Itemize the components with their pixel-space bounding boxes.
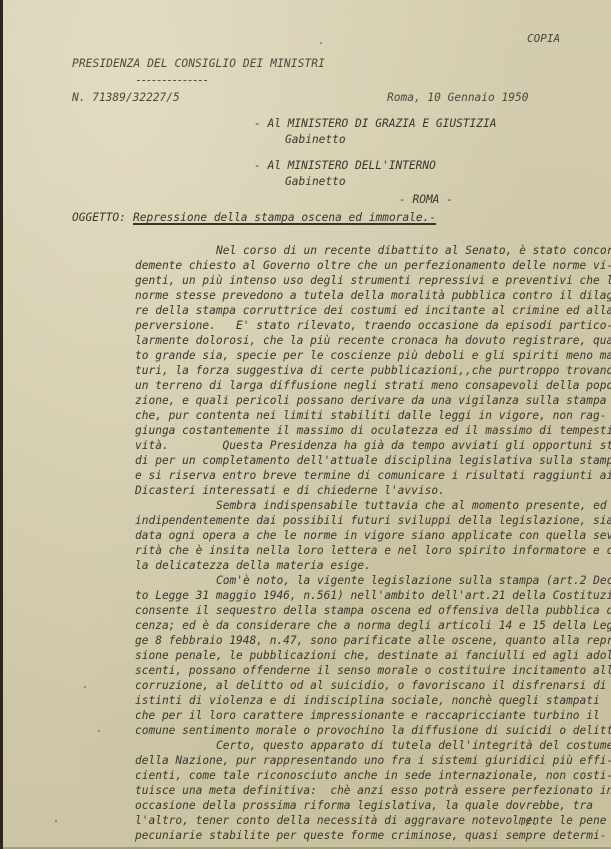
letter-body: Nel corso di un recente dibattito al Sen… (135, 243, 605, 843)
body-line: rità che è insita nella loro lettera e n… (135, 543, 605, 558)
body-line: vità. Questa Presidenza ha già da tempo … (135, 438, 605, 453)
body-line: che per il loro carattere impressionante… (135, 708, 605, 723)
body-line: Certo, questo apparato di tutela dell'in… (135, 738, 605, 753)
body-line: Dicasteri interessati e di chiederne l'a… (135, 483, 605, 498)
body-line: demente chiesto al Governo oltre che un … (135, 258, 605, 273)
body-line: della Nazione, pur rappresentando uno fr… (135, 753, 605, 768)
addressee-2: - Al MINISTERO DELL'INTERNO (254, 159, 436, 174)
body-line: perversione. E' stato rilevato, traendo … (135, 318, 605, 333)
body-line: data ogni opera a che le norme in vigore… (135, 528, 605, 543)
copy-stamp: COPIA (527, 32, 560, 47)
date-line: Roma, 10 Gennaio 1950 (387, 91, 528, 106)
body-line: indipendentemente dai possibili futuri s… (135, 513, 605, 528)
body-line: larmente dolorosi, che la più recente cr… (135, 333, 605, 348)
body-line: pecuniarie stabilite per queste forme cr… (135, 828, 605, 843)
body-line: Sembra indispensabile tuttavia che al mo… (135, 498, 605, 513)
paper-speck (55, 820, 57, 822)
body-line: tuisce una meta definitiva: chè anzi ess… (135, 783, 605, 798)
addressee-city: - ROMA - (399, 193, 453, 208)
body-line: sione penale, le pubblicazioni che, dest… (135, 648, 605, 663)
continuation-mark: ./. (519, 815, 539, 830)
addressee-1: - Al MINISTERO DI GRAZIA E GIUSTIZIA (254, 117, 496, 132)
body-line: occasione della prossima riforma legisla… (135, 798, 605, 813)
body-line: e si riserva entro breve termine di comu… (135, 468, 605, 483)
paper-speck (98, 730, 100, 732)
addressee-2-office: Gabinetto (285, 175, 346, 190)
body-line: giunga costantemente il massimo di ocula… (135, 423, 605, 438)
protocol-number: N. 71389/32227/5 (72, 91, 180, 106)
paper-speck (84, 686, 86, 688)
body-line: ge 8 febbraio 1948, n.47, sono parificat… (135, 633, 605, 648)
body-line: istinti di violenza e di indisciplina so… (135, 693, 605, 708)
body-line: re della stampa corruttrice dei costumi … (135, 303, 605, 318)
body-line: scenti, possano offenderne il senso mora… (135, 663, 605, 678)
body-line: to Legge 31 maggio 1946, n.561) nell'amb… (135, 588, 605, 603)
body-line: Com'è noto, la vigente legislazione sull… (135, 573, 605, 588)
body-line: cenza; ed è da considerare che a norma d… (135, 618, 605, 633)
body-line: che, pur contenta nei limiti stabiliti d… (135, 408, 605, 423)
body-line: corruzione, al delitto od al suicidio, o… (135, 678, 605, 693)
body-line: turi, la forza suggestiva di certe pubbl… (135, 363, 605, 378)
paper-speck (320, 42, 322, 44)
body-line: di per un completamento dell'attuale dis… (135, 453, 605, 468)
body-line: cienti, come tale riconosciuto anche in … (135, 768, 605, 783)
body-line: comune sentimento morale o provochino la… (135, 723, 605, 738)
body-line: to grande sia, specie per le coscienze p… (135, 348, 605, 363)
document-page: COPIA PRESIDENZA DEL CONSIGLIO DEI MINIS… (0, 0, 611, 849)
subject-text: Repressione della stampa oscena ed immor… (133, 211, 436, 226)
body-line: zione, e quali pericoli possano derivare… (135, 393, 605, 408)
issuing-office: PRESIDENZA DEL CONSIGLIO DEI MINISTRI (72, 57, 325, 72)
body-line: norme stesse prevedono a tutela della mo… (135, 288, 605, 303)
body-line: un terreno di larga diffusione negli str… (135, 378, 605, 393)
addressee-1-office: Gabinetto (285, 133, 346, 148)
body-line: la delicatezza della materia esige. (135, 558, 605, 573)
header-rule (137, 80, 207, 81)
body-line: genti, un più intenso uso degli strument… (135, 273, 605, 288)
body-line: Nel corso di un recente dibattito al Sen… (135, 243, 605, 258)
subject-label: OGGETTO: (72, 211, 126, 226)
body-line: consente il sequestro della stampa oscen… (135, 603, 605, 618)
